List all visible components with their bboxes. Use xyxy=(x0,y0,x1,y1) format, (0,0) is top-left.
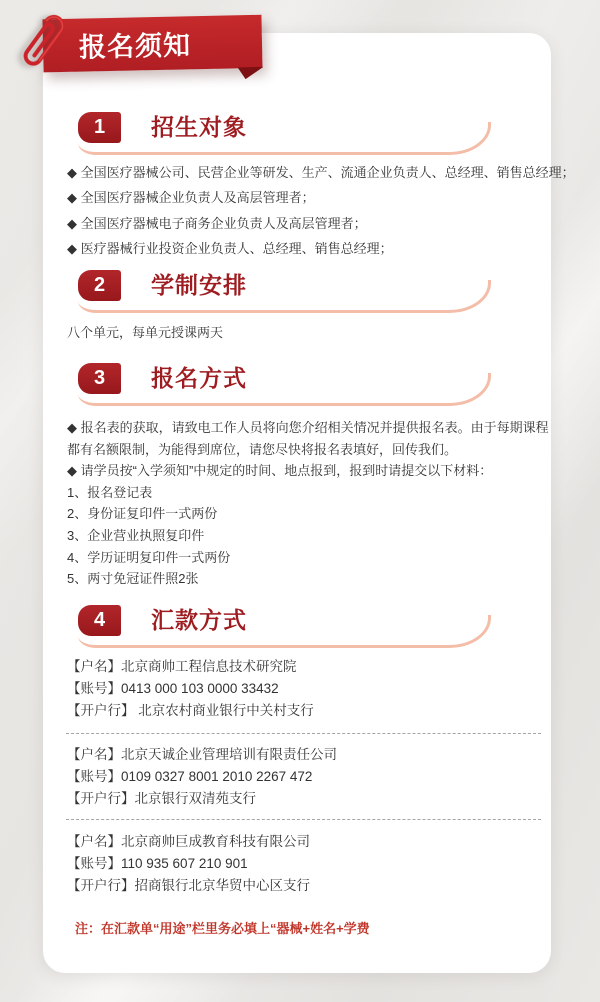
section-2-header: 2 学制安排 xyxy=(78,270,493,315)
text-line: 都有名额限制，为能得到席位，请您尽快将报名表填好，回传我们。 xyxy=(67,439,549,461)
text-line: ◆ 报名表的获取，请致电工作人员将向您介绍相关情况并提供报名表。由于每期课程 xyxy=(67,417,549,439)
text-line: 5、两寸免冠证件照2张 xyxy=(67,568,549,590)
text-line: 【开户行】招商银行北京华贸中心区支行 xyxy=(67,875,310,897)
dashed-divider xyxy=(66,819,541,820)
enrollment-targets-list: ◆ 全国医疗器械公司、民营企业等研发、生产、流通企业负责人、总经理、销售总经理；… xyxy=(67,160,575,261)
remittance-note: 注：在汇款单“用途”栏里务必填上“器械+姓名+学费 xyxy=(75,921,370,936)
text-line: 1、报名登记表 xyxy=(67,482,549,504)
schedule-text: 八个单元，每单元授课两天 xyxy=(67,320,223,345)
header-underline xyxy=(78,122,491,155)
text-line: 【户名】北京商帅巨成教育科技有限公司 xyxy=(67,831,310,853)
header-underline xyxy=(78,615,491,648)
text-line: 【开户行】 北京农村商业银行中关村支行 xyxy=(67,700,314,722)
header-underline xyxy=(78,373,491,406)
registration-notice-page: 报名须知 1 招生对象 ◆ 全国医疗器械公司、民营企业等研发、生产、流通企业负责… xyxy=(0,0,600,1002)
text-line: ◆ 医疗器械行业投资企业负责人、总经理、销售总经理； xyxy=(67,236,575,261)
text-line: ◆ 全国医疗器械电子商务企业负责人及高层管理者； xyxy=(67,211,575,236)
section-3-header: 3 报名方式 xyxy=(78,363,493,408)
header-underline xyxy=(78,280,491,313)
text-line: ◆ 请学员按“入学须知”中规定的时间、地点报到，报到时请提交以下材料： xyxy=(67,460,549,482)
text-line: ◆ 全国医疗器械公司、民营企业等研发、生产、流通企业负责人、总经理、销售总经理； xyxy=(67,160,575,185)
text-line: 【户名】北京天诚企业管理培训有限责任公司 xyxy=(67,744,337,766)
text-line: 【账号】0413 000 103 0000 33432 xyxy=(67,678,314,700)
text-line: 【账号】0109 0327 8001 2010 2267 472 xyxy=(67,766,337,788)
text-line: 2、身份证复印件一式两份 xyxy=(67,503,549,525)
text-line: 【开户行】北京银行双清苑支行 xyxy=(67,788,337,810)
section-4-header: 4 汇款方式 xyxy=(78,605,493,650)
section-1-header: 1 招生对象 xyxy=(78,112,493,157)
text-line: 八个单元，每单元授课两天 xyxy=(67,320,223,345)
text-line: 3、企业营业执照复印件 xyxy=(67,525,549,547)
registration-steps-list: ◆ 报名表的获取，请致电工作人员将向您介绍相关情况并提供报名表。由于每期课程都有… xyxy=(67,417,549,590)
bank-account-block: 【户名】北京天诚企业管理培训有限责任公司【账号】0109 0327 8001 2… xyxy=(67,744,337,811)
dashed-divider xyxy=(66,733,541,734)
text-line: 【账号】110 935 607 210 901 xyxy=(67,853,310,875)
bank-account-block: 【户名】北京商帅巨成教育科技有限公司【账号】110 935 607 210 90… xyxy=(67,831,310,898)
text-line: 【户名】北京商帅工程信息技术研究院 xyxy=(67,656,314,678)
bank-account-block: 【户名】北京商帅工程信息技术研究院【账号】0413 000 103 0000 3… xyxy=(67,656,314,723)
text-line: ◆ 全国医疗器械企业负责人及高层管理者； xyxy=(67,185,575,210)
text-line: 4、学历证明复印件一式两份 xyxy=(67,547,549,569)
